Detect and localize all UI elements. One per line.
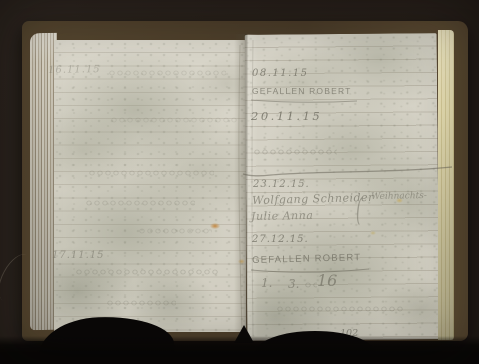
entry-date-year: 16 [317,271,337,290]
illegible-handwriting [304,281,317,289]
illegible-handwriting [0,0,52,2]
page-stack-edge [30,33,57,330]
page-edge-band [438,30,454,340]
diary-photo: 16.11.15 17.11.15 08.11.15 GEFALLEN ROBE… [0,0,479,364]
illegible-handwriting [0,0,40,3]
entry-date-month: 3. [288,277,299,291]
illegible-handwriting [88,169,214,177]
illegible-handwriting [138,227,212,235]
brace-mark: ( [356,194,362,230]
left-page [54,40,246,332]
entry-date: 23.12.15. [253,179,310,190]
entry-date: 27.12.15. [252,234,309,245]
entry-date: 08.11.15 [252,68,309,79]
entry-note: Weihnachts- [371,191,427,202]
entry-date: 20.11.15 [251,109,322,123]
illegible-handwriting [106,299,176,307]
illegible-handwriting [110,116,238,124]
entry-name: Julie Anna [251,209,313,223]
entry-date: 16.11.15 [48,64,101,76]
illegible-handwriting [85,199,195,207]
illegible-handwriting [253,148,337,156]
rust-stain [370,231,376,235]
entry-date: 17.11.15 [52,250,105,261]
illegible-handwriting [75,268,220,276]
entry-text: GEFALLEN ROBERT [252,86,352,96]
bottom-shadow [0,336,479,364]
entry-date-day: 1. [261,276,272,290]
illegible-handwriting [108,69,226,77]
rust-stain [238,259,245,264]
illegible-handwriting [276,305,404,313]
